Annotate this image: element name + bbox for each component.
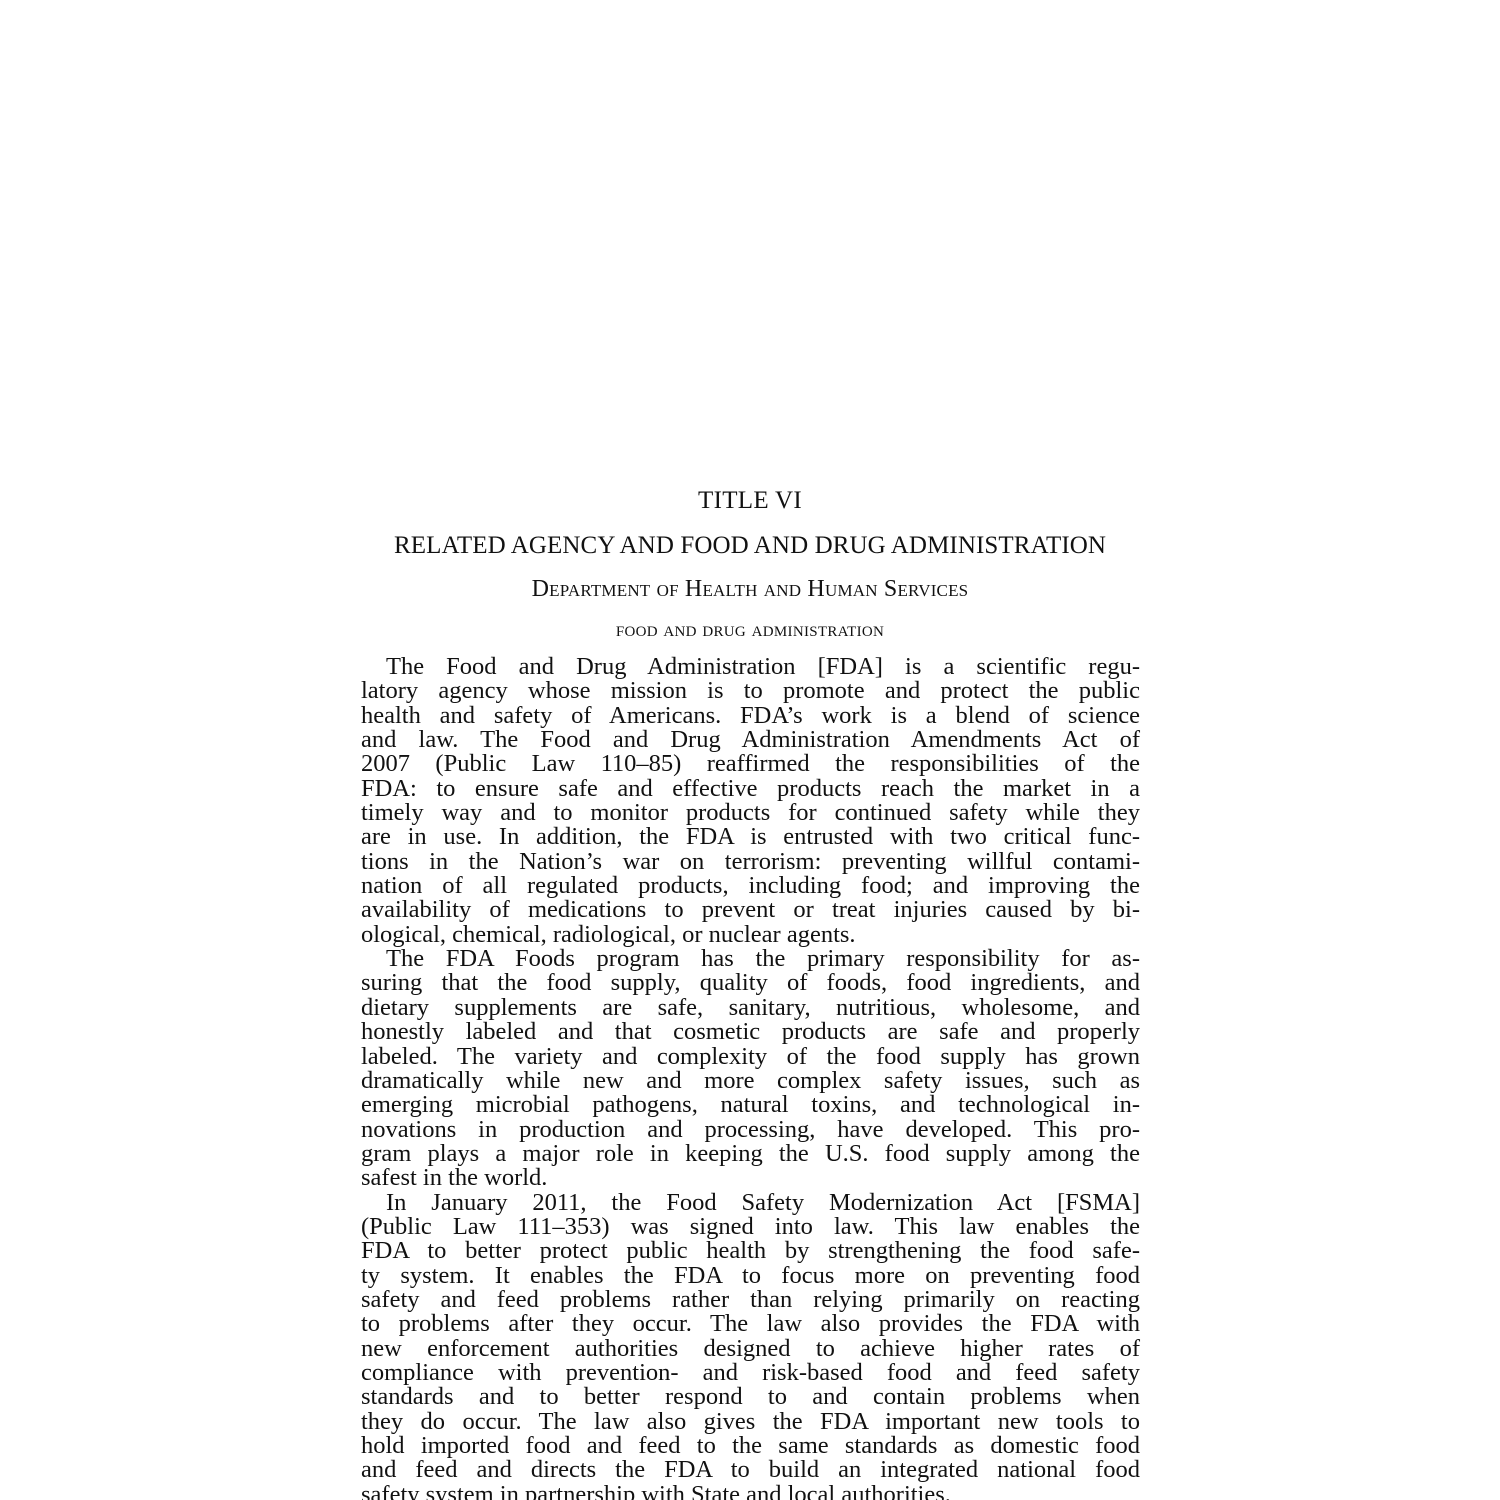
text-line: (Public Law 111–353) was signed into law… bbox=[361, 1215, 1140, 1239]
text-line: and law. The Food and Drug Administratio… bbox=[361, 728, 1140, 752]
text-line: suring that the food supply, quality of … bbox=[361, 971, 1140, 995]
title-number: TITLE VI bbox=[0, 488, 1500, 513]
title-heading: RELATED AGENCY AND FOOD AND DRUG ADMINIS… bbox=[0, 533, 1500, 558]
agency-heading: FOOD AND DRUG ADMINISTRATION bbox=[0, 619, 1500, 640]
text-line: safety and feed problems rather than rel… bbox=[361, 1288, 1140, 1312]
text-line: ological, chemical, radiological, or nuc… bbox=[361, 923, 1140, 947]
text-line: are in use. In addition, the FDA is entr… bbox=[361, 825, 1140, 849]
text-line: they do occur. The law also gives the FD… bbox=[361, 1410, 1140, 1434]
text-line: In January 2011, the Food Safety Moderni… bbox=[361, 1191, 1140, 1215]
text-line: timely way and to monitor products for c… bbox=[361, 801, 1140, 825]
text-line: gram plays a major role in keeping the U… bbox=[361, 1142, 1140, 1166]
text-line: honestly labeled and that cosmetic produ… bbox=[361, 1020, 1140, 1044]
text-line: new enforcement authorities designed to … bbox=[361, 1337, 1140, 1361]
text-line: emerging microbial pathogens, natural to… bbox=[361, 1093, 1140, 1117]
text-line: safety system in partnership with State … bbox=[361, 1483, 1140, 1500]
paragraph: The FDA Foods program has the primary re… bbox=[361, 947, 1140, 1190]
text-line: 2007 (Public Law 110–85) reaffirmed the … bbox=[361, 752, 1140, 776]
text-line: labeled. The variety and complexity of t… bbox=[361, 1045, 1140, 1069]
document-page: TITLE VI RELATED AGENCY AND FOOD AND DRU… bbox=[0, 0, 1500, 1500]
text-line: FDA to better protect public health by s… bbox=[361, 1239, 1140, 1263]
body-text: The Food and Drug Administration [FDA] i… bbox=[361, 655, 1140, 1500]
text-line: hold imported food and feed to the same … bbox=[361, 1434, 1140, 1458]
text-line: to problems after they occur. The law al… bbox=[361, 1312, 1140, 1336]
text-line: safest in the world. bbox=[361, 1166, 1140, 1190]
text-line: compliance with prevention- and risk-bas… bbox=[361, 1361, 1140, 1385]
paragraph: In January 2011, the Food Safety Moderni… bbox=[361, 1191, 1140, 1500]
text-line: availability of medications to prevent o… bbox=[361, 898, 1140, 922]
text-line: tions in the Nation’s war on terrorism: … bbox=[361, 850, 1140, 874]
text-line: latory agency whose mission is to promot… bbox=[361, 679, 1140, 703]
text-line: FDA: to ensure safe and effective produc… bbox=[361, 777, 1140, 801]
text-line: standards and to better respond to and c… bbox=[361, 1385, 1140, 1409]
text-line: and feed and directs the FDA to build an… bbox=[361, 1458, 1140, 1482]
text-line: nation of all regulated products, includ… bbox=[361, 874, 1140, 898]
text-line: dramatically while new and more complex … bbox=[361, 1069, 1140, 1093]
department-heading: Department of Health and Human Services bbox=[0, 577, 1500, 601]
text-line: The FDA Foods program has the primary re… bbox=[361, 947, 1140, 971]
text-line: ty system. It enables the FDA to focus m… bbox=[361, 1264, 1140, 1288]
text-line: dietary supplements are safe, sanitary, … bbox=[361, 996, 1140, 1020]
text-line: The Food and Drug Administration [FDA] i… bbox=[361, 655, 1140, 679]
paragraph: The Food and Drug Administration [FDA] i… bbox=[361, 655, 1140, 947]
text-line: health and safety of Americans. FDA’s wo… bbox=[361, 704, 1140, 728]
text-line: novations in production and processing, … bbox=[361, 1118, 1140, 1142]
